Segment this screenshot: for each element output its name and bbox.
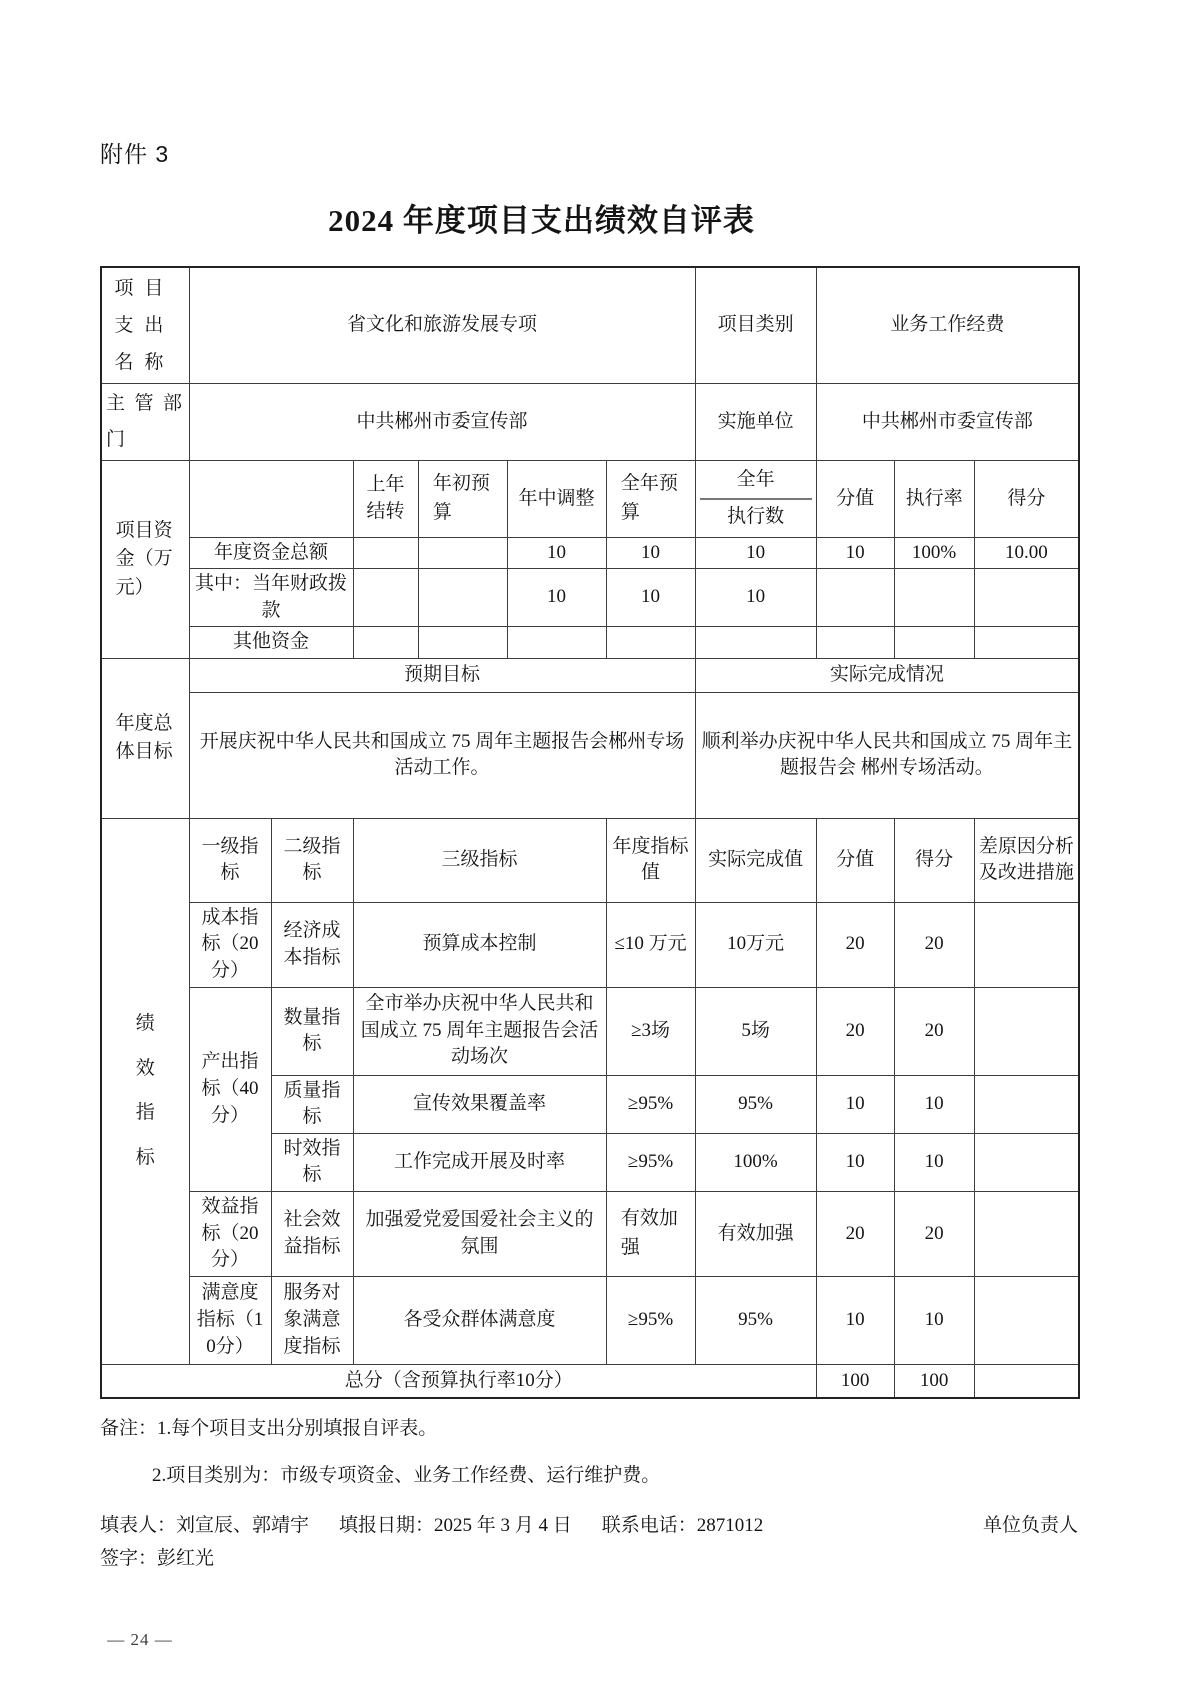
funding-header-points: 分值 bbox=[816, 461, 894, 537]
perf-header-level1: 一级指标 bbox=[189, 818, 271, 902]
funding-other-mid-adjust bbox=[507, 627, 606, 659]
perf-quantity-level2: 数量指标 bbox=[271, 987, 353, 1075]
perf-quantity-level3: 全市举办庆祝中华人民共和国成立 75 周年主题报告会活动场次 bbox=[353, 987, 606, 1075]
perf-output-level1: 产出指标（40分） bbox=[189, 987, 271, 1191]
funding-header-mid-adjust: 年中调整 bbox=[507, 461, 606, 537]
funding-other-points bbox=[816, 627, 894, 659]
perf-benefit-level2: 社会效益指标 bbox=[271, 1192, 353, 1277]
impl-cell: 中共郴州市委宣传部 bbox=[816, 384, 1079, 461]
funding-fiscal-carryover bbox=[353, 569, 418, 627]
funding-header-executed: 全年 执行数 bbox=[695, 461, 816, 537]
perf-satisfaction-level2: 服务对象满意度指标 bbox=[271, 1276, 353, 1364]
funding-header-annual-budget: 全年预算 bbox=[606, 461, 695, 537]
perf-header-points: 分值 bbox=[816, 818, 894, 902]
perf-benefit-level1: 效益指标（20分） bbox=[189, 1192, 271, 1277]
goals-expected-cell: 开展庆祝中华人民共和国成立 75 周年主题报告会郴州专场活动工作。 bbox=[189, 692, 695, 818]
perf-benefit-actual: 有效加强 bbox=[695, 1192, 816, 1277]
perf-cost-level1: 成本指标（20分） bbox=[189, 902, 271, 987]
funding-total-carryover bbox=[353, 537, 418, 569]
table-row: 年度总体目标 预期目标 实际完成情况 bbox=[101, 658, 1079, 692]
perf-time-level2: 时效指标 bbox=[271, 1133, 353, 1191]
funding-header-annual-budget-label: 全年预算 bbox=[621, 470, 680, 527]
perf-satisfaction-score: 10 bbox=[894, 1276, 974, 1364]
funding-other-carryover bbox=[353, 627, 418, 659]
table-row: 年度资金总额 10 10 10 10 100% 10.00 bbox=[101, 537, 1079, 569]
perf-satisfaction-level3: 各受众群体满意度 bbox=[353, 1276, 606, 1364]
perf-quality-deviation bbox=[974, 1075, 1079, 1133]
perf-time-points: 10 bbox=[816, 1133, 894, 1191]
funding-section-label-cell: 项目资金（万元） bbox=[101, 461, 189, 659]
funding-header-score: 得分 bbox=[974, 461, 1079, 537]
perf-quantity-score: 20 bbox=[894, 987, 974, 1075]
perf-header-deviation: 差原因分析及改进措施 bbox=[974, 818, 1079, 902]
performance-section-label: 绩效指标 bbox=[132, 1002, 158, 1181]
dept-label: 主管部门 bbox=[106, 386, 189, 458]
goals-section-label: 年度总体目标 bbox=[116, 710, 175, 767]
preparer-text: 填表人：刘宣辰、郭靖宇 bbox=[100, 1510, 309, 1537]
funding-header-exec-rate: 执行率 bbox=[894, 461, 974, 537]
funding-total-score: 10.00 bbox=[974, 537, 1079, 569]
perf-cost-deviation bbox=[974, 902, 1079, 987]
funding-fiscal-annual-budget: 10 bbox=[606, 569, 695, 627]
goals-actual-label-cell: 实际完成情况 bbox=[695, 658, 1079, 692]
perf-time-deviation bbox=[974, 1133, 1079, 1191]
table-row: 开展庆祝中华人民共和国成立 75 周年主题报告会郴州专场活动工作。 顺利举办庆祝… bbox=[101, 692, 1079, 818]
perf-quality-level3: 宣传效果覆盖率 bbox=[353, 1075, 606, 1133]
contact-phone-text: 联系电话：2871012 bbox=[602, 1510, 764, 1537]
perf-quantity-target: ≥3场 bbox=[606, 987, 695, 1075]
perf-satisfaction-target: ≥95% bbox=[606, 1276, 695, 1364]
funding-header-carryover: 上年结转 bbox=[353, 461, 418, 537]
perf-header-target: 年度指标值 bbox=[606, 818, 695, 902]
perf-benefit-target: 有效加强 bbox=[606, 1192, 695, 1277]
funding-blank-header-cell bbox=[189, 461, 353, 537]
funding-other-initial bbox=[418, 627, 507, 659]
perf-quantity-deviation bbox=[974, 987, 1079, 1075]
perf-header-level3: 三级指标 bbox=[353, 818, 606, 902]
funding-section-label: 项目资金（万元） bbox=[116, 517, 175, 603]
funding-total-points: 10 bbox=[816, 537, 894, 569]
document-content: 附件 3 2024 年度项目支出绩效自评表 项目支出名称 省文化和旅游发展专项 … bbox=[100, 136, 1078, 1570]
perf-time-target: ≥95% bbox=[606, 1133, 695, 1191]
project-name-label-cell: 项目支出名称 bbox=[101, 267, 189, 384]
goals-expected-label-cell: 预期目标 bbox=[189, 658, 695, 692]
self-eval-table: 项目支出名称 省文化和旅游发展专项 项目类别 业务工作经费 主管部门 中共郴州市… bbox=[100, 266, 1080, 1399]
dept-label-cell: 主管部门 bbox=[101, 384, 189, 461]
form-footer-line: 填表人：刘宣辰、郭靖宇 填报日期：2025 年 3 月 4 日 联系电话：287… bbox=[100, 1510, 1078, 1537]
perf-time-actual: 100% bbox=[695, 1133, 816, 1191]
funding-other-executed bbox=[695, 627, 816, 659]
category-label-cell: 项目类别 bbox=[695, 267, 816, 384]
perf-benefit-target-text: 有效加强 bbox=[621, 1205, 680, 1262]
goals-actual-cell: 顺利举办庆祝中华人民共和国成立 75 周年主题报告会 郴州专场活动。 bbox=[695, 692, 1079, 818]
funding-other-annual-budget bbox=[606, 627, 695, 659]
note-line-1: 备注：1.每个项目支出分别填报自评表。 bbox=[100, 1415, 1078, 1444]
funding-row-total-label: 年度资金总额 bbox=[189, 537, 353, 569]
table-row: 其中：当年财政拨款 10 10 10 bbox=[101, 569, 1079, 627]
funding-other-score bbox=[974, 627, 1079, 659]
perf-header-score: 得分 bbox=[894, 818, 974, 902]
total-points-cell: 100 bbox=[816, 1364, 894, 1398]
perf-satisfaction-level1: 满意度指标（10分） bbox=[189, 1276, 271, 1364]
funding-total-exec-rate: 100% bbox=[894, 537, 974, 569]
note-line-2: 2.项目类别为：市级专项资金、业务工作经费、运行维护费。 bbox=[100, 1462, 1078, 1491]
notes-block: 备注：1.每个项目支出分别填报自评表。 2.项目类别为：市级专项资金、业务工作经… bbox=[100, 1415, 1078, 1490]
total-score-cell: 100 bbox=[894, 1364, 974, 1398]
funding-other-exec-rate bbox=[894, 627, 974, 659]
funding-total-mid-adjust: 10 bbox=[507, 537, 606, 569]
page-number: — 24 — bbox=[100, 1630, 180, 1650]
funding-total-initial bbox=[418, 537, 507, 569]
funding-fiscal-executed: 10 bbox=[695, 569, 816, 627]
signer-label-text: 单位负责人 bbox=[983, 1510, 1078, 1537]
total-deviation-cell bbox=[974, 1364, 1079, 1398]
perf-satisfaction-points: 10 bbox=[816, 1276, 894, 1364]
perf-benefit-level3: 加强爱党爱国爱社会主义的氛围 bbox=[353, 1192, 606, 1277]
perf-quantity-points: 20 bbox=[816, 987, 894, 1075]
funding-fiscal-score bbox=[974, 569, 1079, 627]
performance-section-label-cell: 绩效指标 bbox=[101, 818, 189, 1364]
perf-cost-target: ≤10 万元 bbox=[606, 902, 695, 987]
funding-row-fiscal-label: 其中：当年财政拨款 bbox=[189, 569, 353, 627]
perf-benefit-points: 20 bbox=[816, 1192, 894, 1277]
funding-header-executed-label: 执行数 bbox=[700, 500, 812, 535]
funding-fiscal-points bbox=[816, 569, 894, 627]
funding-row-other-label: 其他资金 bbox=[189, 627, 353, 659]
perf-time-score: 10 bbox=[894, 1133, 974, 1191]
table-row: 总分（含预算执行率10分） 100 100 bbox=[101, 1364, 1079, 1398]
perf-quality-actual: 95% bbox=[695, 1075, 816, 1133]
page-title: 2024 年度项目支出绩效自评表 bbox=[100, 195, 1078, 240]
table-row: 其他资金 bbox=[101, 627, 1079, 659]
document-page: 附件 3 2024 年度项目支出绩效自评表 项目支出名称 省文化和旅游发展专项 … bbox=[0, 0, 1190, 1683]
category-cell: 业务工作经费 bbox=[816, 267, 1079, 384]
table-row: 成本指标（20分） 经济成本指标 预算成本控制 ≤10 万元 10万元 20 2… bbox=[101, 902, 1079, 987]
perf-quality-points: 10 bbox=[816, 1075, 894, 1133]
perf-header-level2: 二级指标 bbox=[271, 818, 353, 902]
funding-header-carryover-label: 上年结转 bbox=[366, 474, 404, 522]
funding-fiscal-initial bbox=[418, 569, 507, 627]
perf-cost-score: 20 bbox=[894, 902, 974, 987]
perf-cost-actual: 10万元 bbox=[695, 902, 816, 987]
perf-satisfaction-deviation bbox=[974, 1276, 1079, 1364]
table-row: 绩效指标 一级指标 二级指标 三级指标 年度指标值 实际完成值 分值 得分 差原… bbox=[101, 818, 1079, 902]
funding-header-initial-label: 年初预算 bbox=[433, 470, 492, 527]
project-name-cell: 省文化和旅游发展专项 bbox=[189, 267, 695, 384]
perf-cost-level3: 预算成本控制 bbox=[353, 902, 606, 987]
table-row: 项目资金（万元） 上年结转 年初预算 年中调整 全年预算 全年 执行数 分值 执… bbox=[101, 461, 1079, 537]
perf-benefit-score: 20 bbox=[894, 1192, 974, 1277]
funding-fiscal-mid-adjust: 10 bbox=[507, 569, 606, 627]
funding-header-fullyear-label: 全年 bbox=[700, 463, 812, 500]
funding-fiscal-exec-rate bbox=[894, 569, 974, 627]
perf-header-actual: 实际完成值 bbox=[695, 818, 816, 902]
goals-section-label-cell: 年度总体目标 bbox=[101, 658, 189, 818]
table-row: 满意度指标（10分） 服务对象满意度指标 各受众群体满意度 ≥95% 95% 1… bbox=[101, 1276, 1079, 1364]
table-row: 项目支出名称 省文化和旅游发展专项 项目类别 业务工作经费 bbox=[101, 267, 1079, 384]
perf-time-level3: 工作完成开展及时率 bbox=[353, 1133, 606, 1191]
perf-cost-level2: 经济成本指标 bbox=[271, 902, 353, 987]
signature-line: 签字：彭红光 bbox=[100, 1543, 1078, 1570]
fill-date-text: 填报日期：2025 年 3 月 4 日 bbox=[339, 1510, 572, 1537]
funding-total-executed: 10 bbox=[695, 537, 816, 569]
perf-quality-level2: 质量指标 bbox=[271, 1075, 353, 1133]
dept-cell: 中共郴州市委宣传部 bbox=[189, 384, 695, 461]
attachment-label: 附件 3 bbox=[100, 136, 1078, 169]
perf-quantity-actual: 5场 bbox=[695, 987, 816, 1075]
perf-quality-target: ≥95% bbox=[606, 1075, 695, 1133]
table-row: 产出指标（40分） 数量指标 全市举办庆祝中华人民共和国成立 75 周年主题报告… bbox=[101, 987, 1079, 1075]
funding-total-annual-budget: 10 bbox=[606, 537, 695, 569]
perf-cost-points: 20 bbox=[816, 902, 894, 987]
perf-benefit-deviation bbox=[974, 1192, 1079, 1277]
perf-satisfaction-actual: 95% bbox=[695, 1276, 816, 1364]
impl-label-cell: 实施单位 bbox=[695, 384, 816, 461]
funding-header-initial: 年初预算 bbox=[418, 461, 507, 537]
perf-quality-score: 10 bbox=[894, 1075, 974, 1133]
total-label-cell: 总分（含预算执行率10分） bbox=[101, 1364, 816, 1398]
table-row: 效益指标（20分） 社会效益指标 加强爱党爱国爱社会主义的氛围 有效加强 有效加… bbox=[101, 1192, 1079, 1277]
project-name-label: 项目支出名称 bbox=[114, 270, 176, 381]
table-row: 主管部门 中共郴州市委宣传部 实施单位 中共郴州市委宣传部 bbox=[101, 384, 1079, 461]
